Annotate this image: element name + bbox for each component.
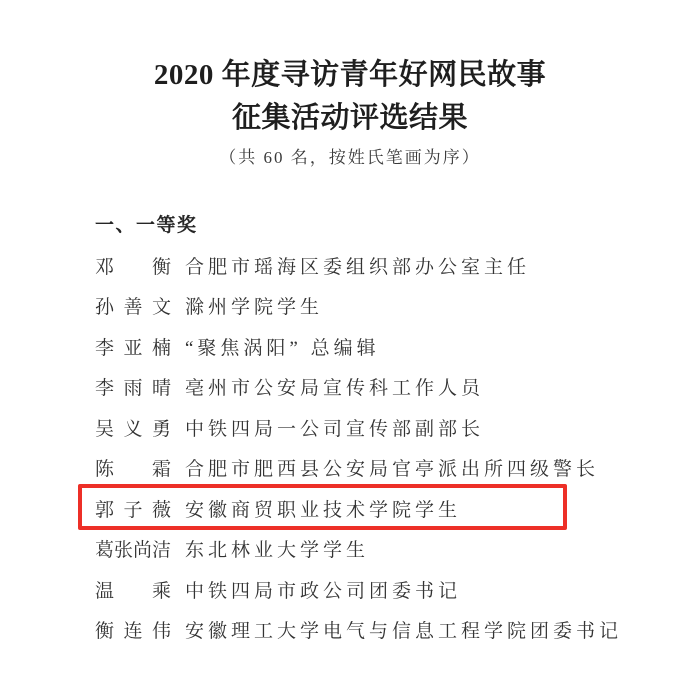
document-title-line2: 征集活动评选结果 <box>0 97 700 140</box>
winner-affiliation: 东北林业大学学生 <box>185 535 369 562</box>
winner-name: 李亚楠 <box>95 333 171 360</box>
winner-row: 衡连伟安徽理工大学电气与信息工程学院团委书记 <box>95 610 700 651</box>
winner-row: 葛张尚洁东北林业大学学生 <box>95 529 700 570</box>
winner-affiliation: 中铁四局一公司宣传部副部长 <box>185 414 484 441</box>
winner-affiliation: 合肥市瑶海区委组织部办公室主任 <box>185 252 530 279</box>
winner-name: 陈 霜 <box>95 454 171 481</box>
winner-affiliation: 安徽商贸职业技术学院学生 <box>185 495 461 522</box>
winner-row: 吴义勇中铁四局一公司宣传部副部长 <box>95 407 700 448</box>
winner-affiliation: 合肥市肥西县公安局官亭派出所四级警长 <box>185 454 599 481</box>
document-subtitle: （共 60 名，按姓氏笔画为序） <box>0 146 700 170</box>
winner-name: 吴义勇 <box>95 414 171 441</box>
document-title: 2020 年度寻访青年好网民故事 征集活动评选结果 <box>0 54 700 140</box>
winner-name: 李雨晴 <box>95 373 171 400</box>
winner-row: 李亚楠“聚焦涡阳” 总编辑 <box>95 326 700 367</box>
winner-name: 郭子薇 <box>95 495 171 522</box>
winner-name: 衡连伟 <box>95 616 171 643</box>
winner-affiliation: 亳州市公安局宣传科工作人员 <box>185 373 484 400</box>
section-heading-first-prize: 一、一等奖 <box>95 214 700 238</box>
winner-list: 邓 衡合肥市瑶海区委组织部办公室主任孙善文滁州学院学生李亚楠“聚焦涡阳” 总编辑… <box>95 245 700 650</box>
winner-name: 孙善文 <box>95 292 171 319</box>
winner-affiliation: 滁州学院学生 <box>185 292 323 319</box>
winner-affiliation: “聚焦涡阳” 总编辑 <box>185 333 380 360</box>
winner-name: 邓 衡 <box>95 252 171 279</box>
winner-row: 李雨晴亳州市公安局宣传科工作人员 <box>95 367 700 408</box>
winner-affiliation: 安徽理工大学电气与信息工程学院团委书记 <box>185 616 622 643</box>
winner-row: 陈 霜合肥市肥西县公安局官亭派出所四级警长 <box>95 448 700 489</box>
winner-name: 温 乘 <box>95 576 171 603</box>
winner-row: 邓 衡合肥市瑶海区委组织部办公室主任 <box>95 245 700 286</box>
winner-affiliation: 中铁四局市政公司团委书记 <box>185 576 461 603</box>
winner-name: 葛张尚洁 <box>95 535 171 562</box>
scanned-document-page: 2020 年度寻访青年好网民故事 征集活动评选结果 （共 60 名，按姓氏笔画为… <box>0 0 700 678</box>
winner-row: 孙善文滁州学院学生 <box>95 286 700 327</box>
winner-row-highlighted: 郭子薇安徽商贸职业技术学院学生 <box>95 488 700 529</box>
document-title-line1: 2020 年度寻访青年好网民故事 <box>0 54 700 97</box>
winner-row: 温 乘中铁四局市政公司团委书记 <box>95 569 700 610</box>
